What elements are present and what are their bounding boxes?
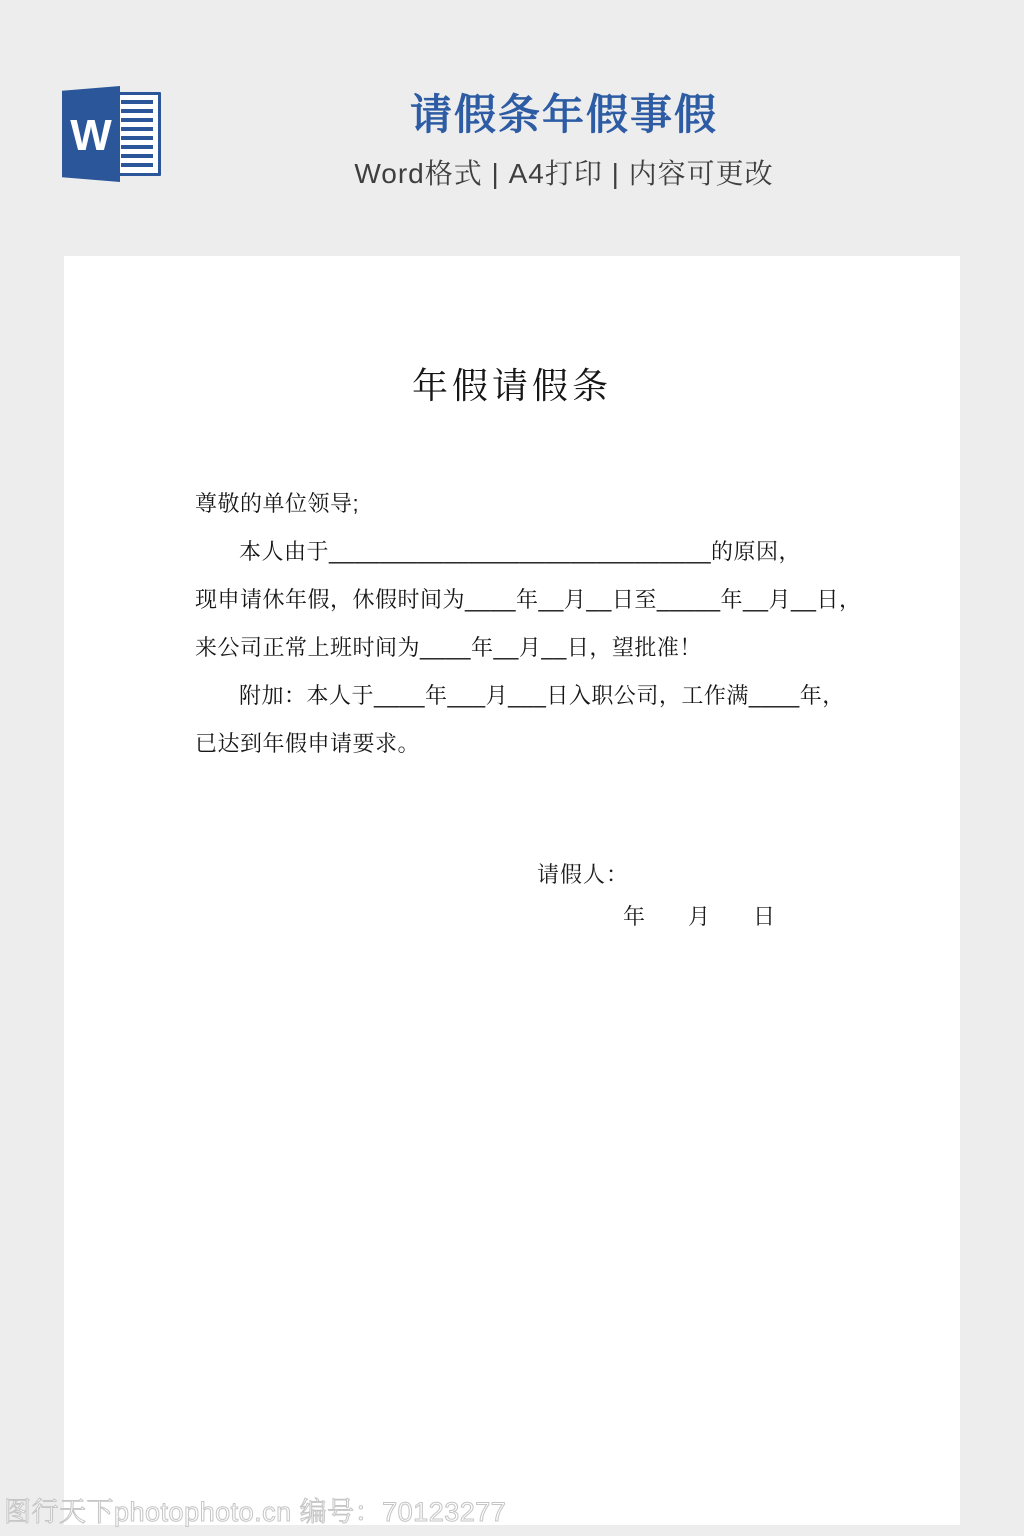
document-body: 尊敬的单位领导; 本人由于___________________________… xyxy=(195,480,890,768)
salutation-line: 尊敬的单位领导; xyxy=(195,480,890,528)
signature-label: 请假人： xyxy=(537,858,629,889)
document-page: 年假请假条 尊敬的单位领导; 本人由于_____________________… xyxy=(64,256,960,1525)
document-title: 年假请假条 xyxy=(64,358,960,409)
header-text-block: 请假条年假事假 Word格式 | A4打印 | 内容可更改 xyxy=(180,92,948,192)
addendum-line: 附加：本人于____年___月___日入职公司，工作满____年， xyxy=(195,672,890,720)
word-icon-letter: W xyxy=(70,114,112,158)
leave-period-line: 现申请休年假，休假时间为____年__月__日至_____年__月__日， xyxy=(195,576,890,624)
return-to-work-line: 来公司正常上班时间为____年__月__日，望批准！ xyxy=(195,624,890,672)
date-month-label: 月 xyxy=(688,900,710,931)
date-year-label: 年 xyxy=(623,900,645,931)
watermark-text: 图行天下photophoto.cn 编号：70123277 xyxy=(4,1490,506,1529)
date-day-label: 日 xyxy=(753,900,775,931)
page-title: 请假条年假事假 xyxy=(180,92,948,138)
page-subtitle: Word格式 | A4打印 | 内容可更改 xyxy=(180,152,948,192)
requirement-line: 已达到年假申请要求。 xyxy=(195,720,890,768)
word-icon-w-panel: W xyxy=(62,86,120,182)
header: W 请假条年假事假 Word格式 | A4打印 | 内容可更改 xyxy=(0,0,1024,256)
template-preview-root: { "colors": { "background": "#ededed", "… xyxy=(0,0,1024,1536)
reason-blank-line: 本人由于______________________________的原因， xyxy=(195,528,890,576)
word-icon: W xyxy=(62,86,164,182)
signature-date-line: 年 月 日 xyxy=(623,900,775,931)
